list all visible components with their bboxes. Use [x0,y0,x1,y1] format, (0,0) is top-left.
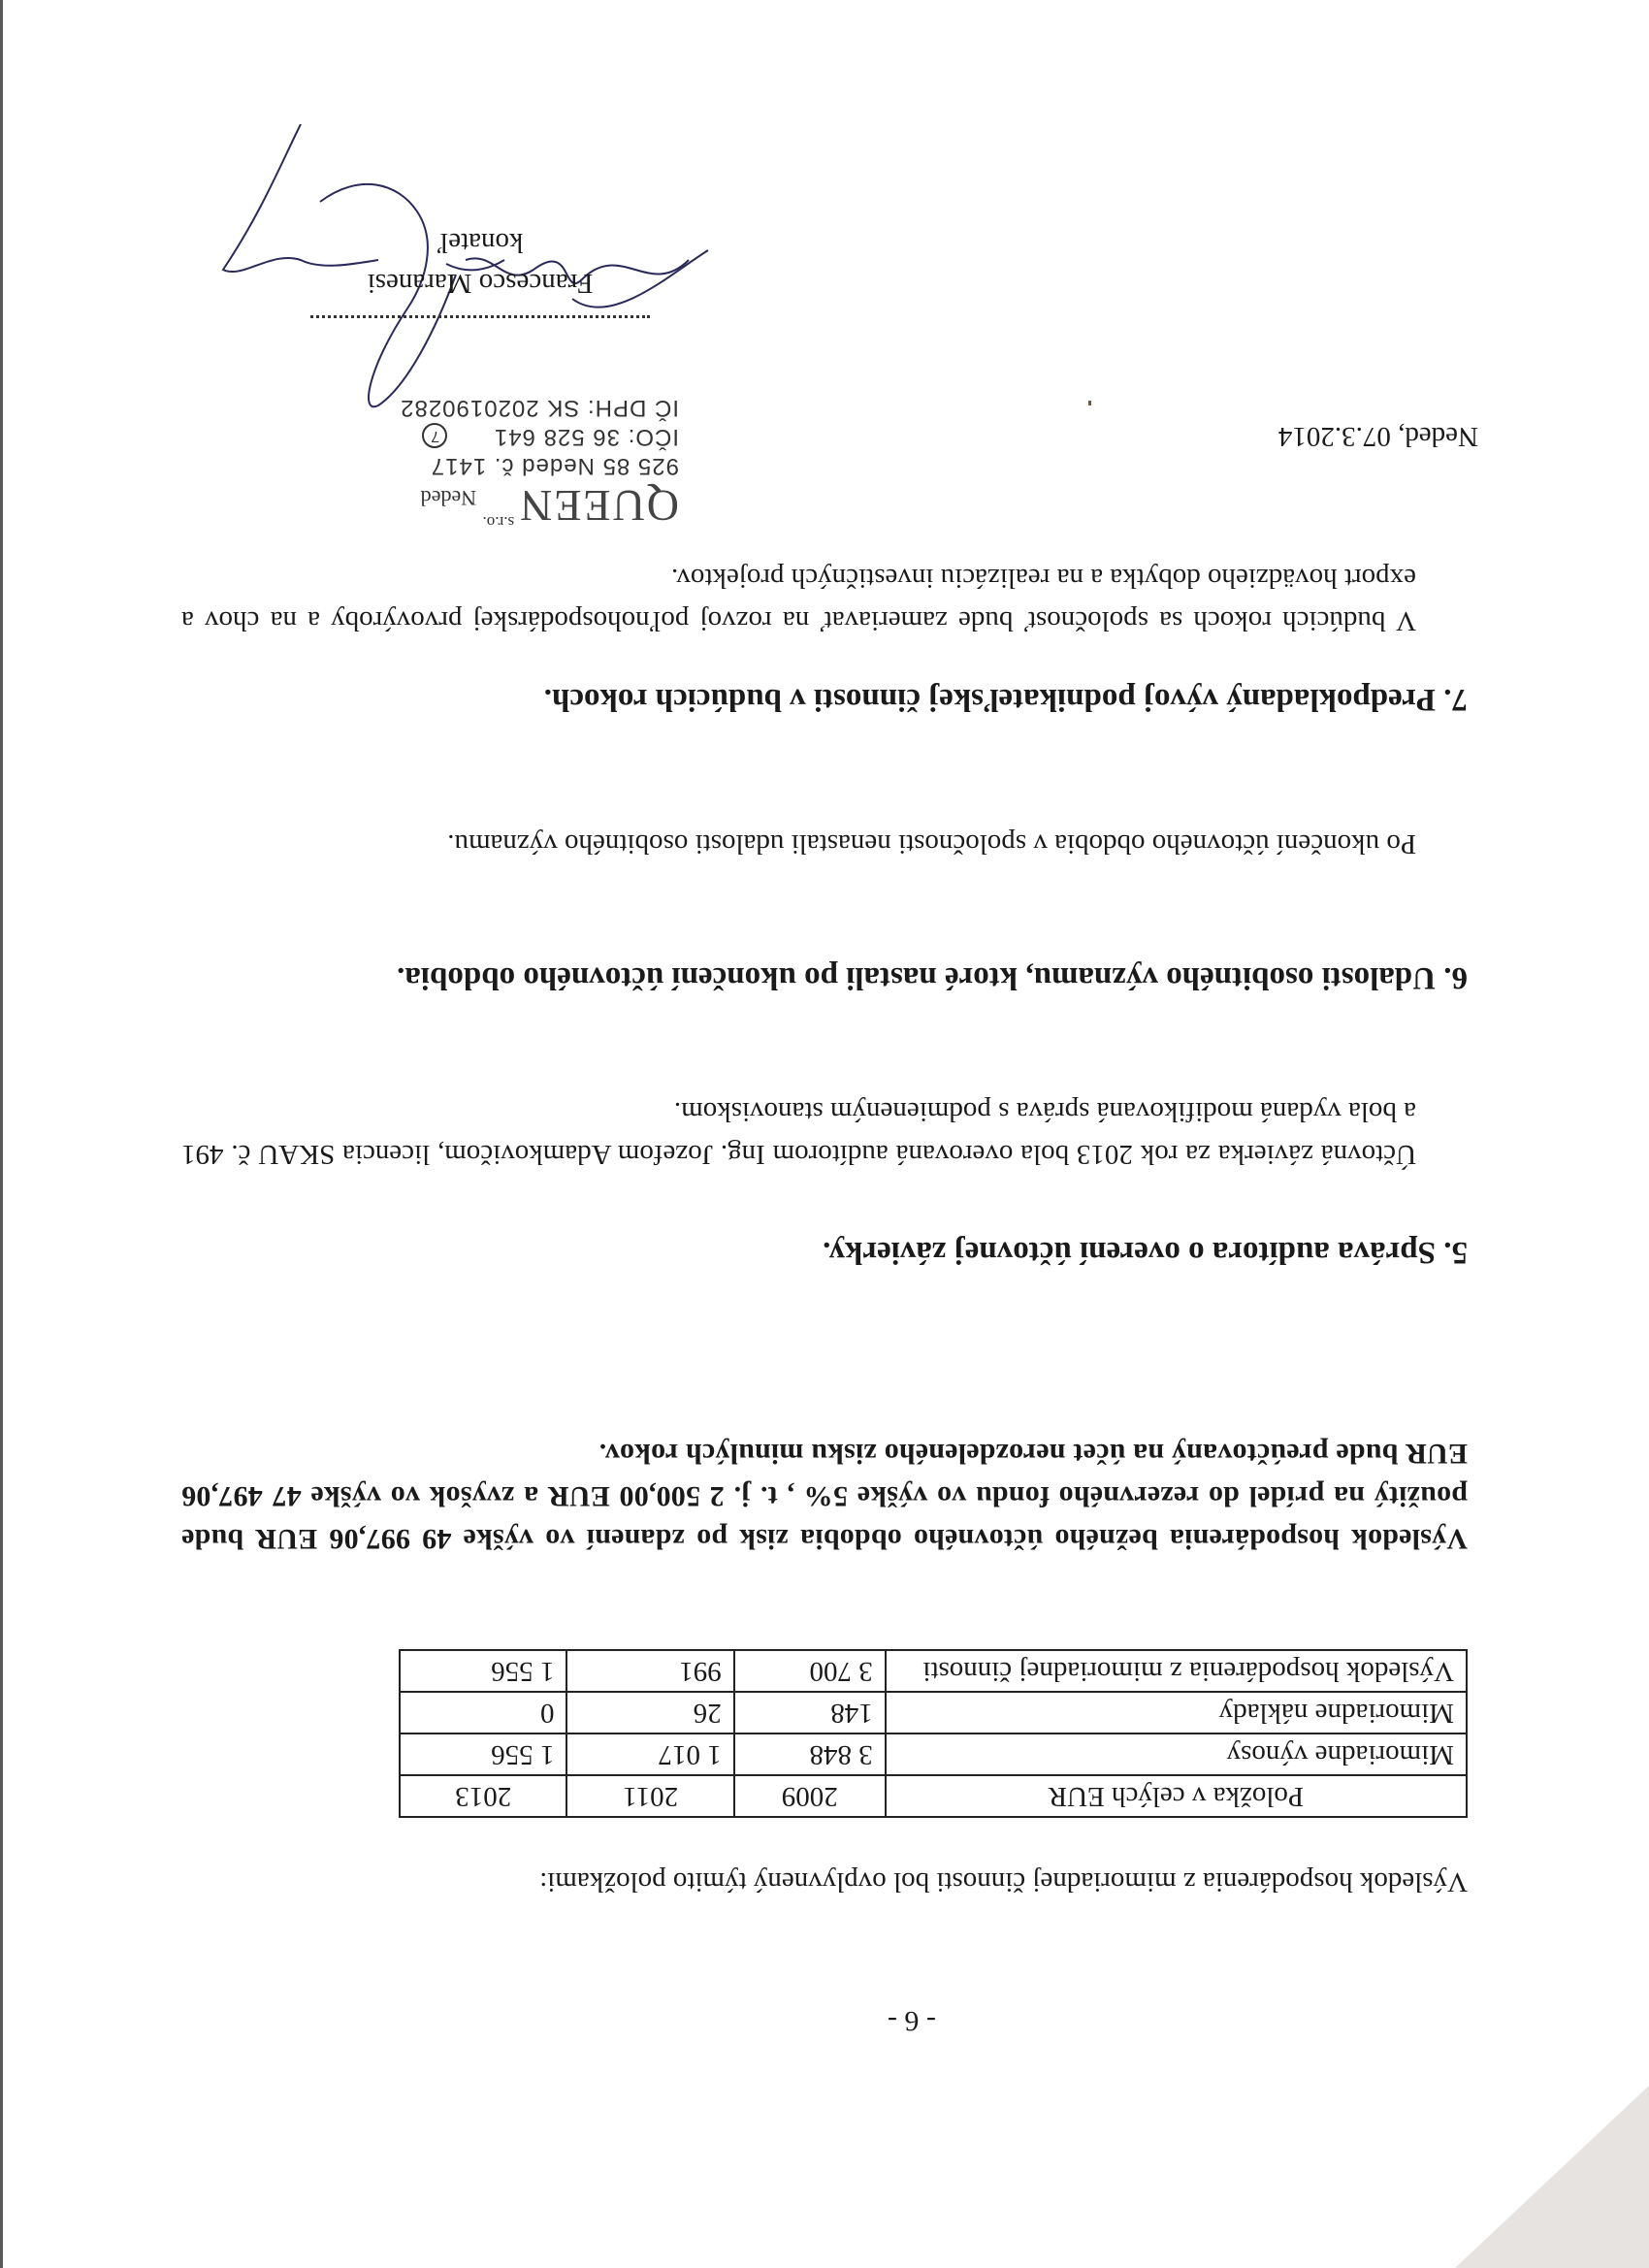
row-label: Mimoriadne výnosy [886,1733,1467,1775]
table-row: Výsledok hospodárenia z mimoriadnej činn… [400,1650,1467,1692]
cell-value: 0 [400,1692,566,1733]
cell-value: 3 700 [734,1650,886,1692]
header-cell: 2011 [566,1775,733,1817]
stamp-legal-form: s.r.o. [483,513,515,532]
stamp-logo-line: QUEENs.r.o. Neded [349,480,679,532]
intro-text: Výsledok hospodárenia z mimoriadnej činn… [181,1861,1468,1903]
document-page: - 6 - Výsledok hospodárenia z mimoriadne… [0,0,1649,2268]
table-header-row: Položka v celých EUR 2009 2011 2013 [400,1775,1467,1817]
cell-value: 1 556 [400,1733,566,1775]
section-5-body: Účtovná závierka za rok 2013 bola overov… [181,1090,1416,1176]
row-label: Mimoriadne náklady [886,1692,1467,1733]
place-date: Neded, 07.3.2014 [1090,415,1478,458]
section-7-heading: 7. Predpokladaný vývoj podnikateľskej či… [181,675,1468,724]
stamp-logo: QUEEN [518,481,679,531]
table-row: Mimoriadne výnosy 3 848 1 017 1 556 [400,1733,1467,1775]
section-6-heading: 6. Udalosti osobitného významu, ktoré na… [181,954,1468,1002]
signature-line [310,315,650,318]
header-cell: Položka v celých EUR [886,1775,1467,1817]
signer-name: Francesco Maranesi [310,263,650,304]
row-label: Výsledok hospodárenia z mimoriadnej činn… [886,1650,1467,1692]
section-5-heading: 5. Správa audítora o overení účtovnej zá… [181,1228,1468,1277]
stamp-address: 925 85 Neded č. 1417 [349,451,679,480]
cell-value: 148 [734,1692,886,1733]
table-row: Mimoriadne náklady 148 26 0 [400,1692,1467,1733]
profit-distribution-paragraph: Výsledok hospodárenia bežného účtovného … [181,1432,1468,1560]
cell-value: 3 848 [734,1733,886,1775]
signer-role: konateľ [310,222,650,263]
cell-value: 1 017 [566,1733,733,1775]
cell-value: 26 [566,1692,733,1733]
folded-corner [1455,2086,1649,2268]
header-cell: 2009 [734,1775,886,1817]
scan-speck [1088,401,1091,405]
section-7-body: V budúcich rokoch sa spoločnosť bude zam… [181,557,1416,642]
header-cell: 2013 [400,1775,566,1817]
scan-edge [0,0,3,2268]
stamp-town: Neded [421,486,476,510]
signer-block: Francesco Maranesi konateľ [310,222,650,304]
cell-value: 1 556 [400,1650,566,1692]
extraordinary-results-table: Položka v celých EUR 2009 2011 2013 Mimo… [399,1649,1468,1818]
page-number: - 6 - [175,2004,1649,2037]
cell-value: 991 [566,1650,733,1692]
section-6-body: Po ukončení účtovného obdobia v spoločno… [181,823,1416,865]
